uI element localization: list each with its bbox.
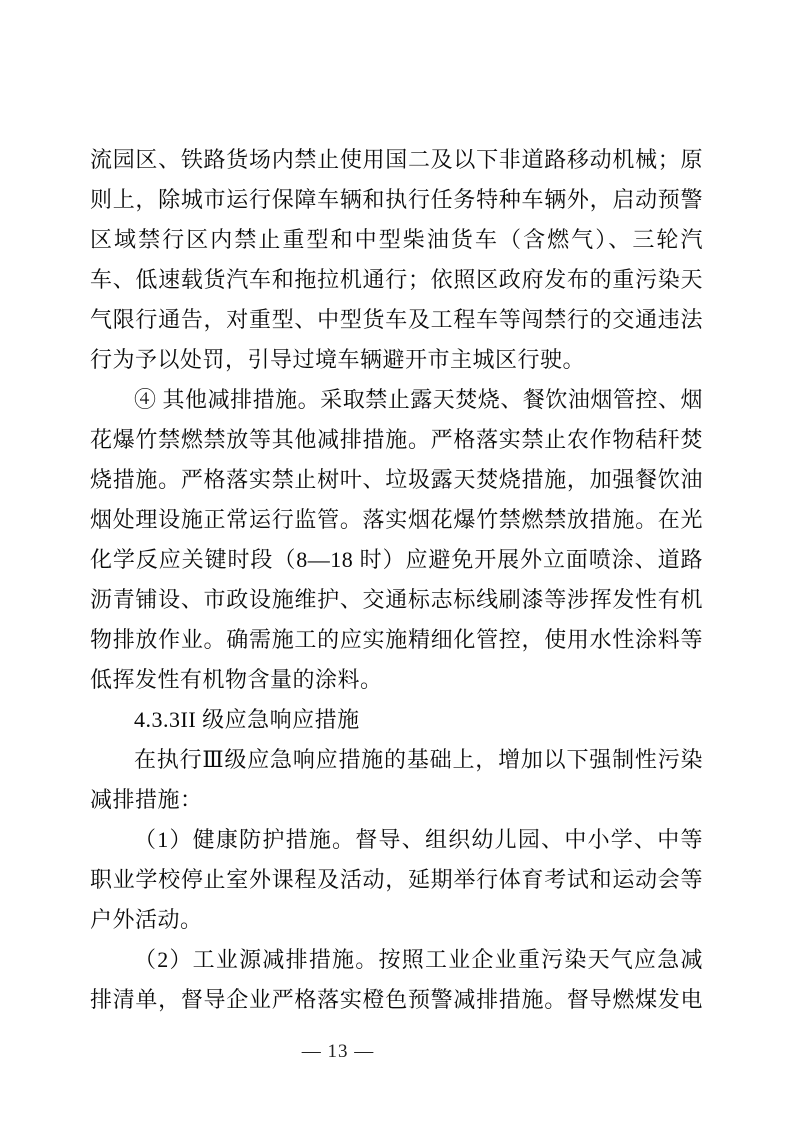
section-heading: 4.3.3II 级应急响应措施 [90,700,703,740]
text-line: 区域禁行区内禁止重型和中型柴油货车（含燃气）、三轮汽 [90,220,703,260]
text-line: 烟处理设施正常运行监管。落实烟花爆竹禁燃禁放措施。在光 [90,500,703,540]
text-line: ④ 其他减排措施。采取禁止露天焚烧、餐饮油烟管控、烟 [90,380,703,420]
document-page: 流园区、铁路货场内禁止使用国二及以下非道路移动机械；原 则上，除城市运行保障车辆… [0,0,793,1122]
text-line: 烧措施。严格落实禁止树叶、垃圾露天焚烧措施，加强餐饮油 [90,460,703,500]
text-line: 减排措施： [90,780,703,820]
text-line: 流园区、铁路货场内禁止使用国二及以下非道路移动机械；原 [90,140,703,180]
page-number: — 13 — [258,1040,418,1064]
text-line: 排清单，督导企业严格落实橙色预警减排措施。督导燃煤发电 [90,980,703,1020]
text-line: 沥青铺设、市政设施维护、交通标志标线刷漆等涉挥发性有机 [90,580,703,620]
text-line: 职业学校停止室外课程及活动，延期举行体育考试和运动会等 [90,860,703,900]
text-line: 物排放作业。确需施工的应实施精细化管控，使用水性涂料等 [90,620,703,660]
text-line: 户外活动。 [90,900,703,940]
text-line: 气限行通告，对重型、中型货车及工程车等闯禁行的交通违法 [90,300,703,340]
text-line: （2）工业源减排措施。按照工业企业重污染天气应急减 [90,940,703,980]
text-line: 在执行Ⅲ级应急响应措施的基础上，增加以下强制性污染 [90,740,703,780]
text-line: 行为予以处罚，引导过境车辆避开市主城区行驶。 [90,340,703,380]
text-line: 化学反应关键时段（8—18 时）应避免开展外立面喷涂、道路 [90,540,703,580]
text-line: 则上，除城市运行保障车辆和执行任务特种车辆外，启动预警 [90,180,703,220]
text-line: 车、低速载货汽车和拖拉机通行；依照区政府发布的重污染天 [90,260,703,300]
text-line: （1）健康防护措施。督导、组织幼儿园、中小学、中等 [90,820,703,860]
document-body: 流园区、铁路货场内禁止使用国二及以下非道路移动机械；原 则上，除城市运行保障车辆… [90,140,703,1020]
text-line: 花爆竹禁燃禁放等其他减排措施。严格落实禁止农作物秸秆焚 [90,420,703,460]
text-line: 低挥发性有机物含量的涂料。 [90,660,703,700]
